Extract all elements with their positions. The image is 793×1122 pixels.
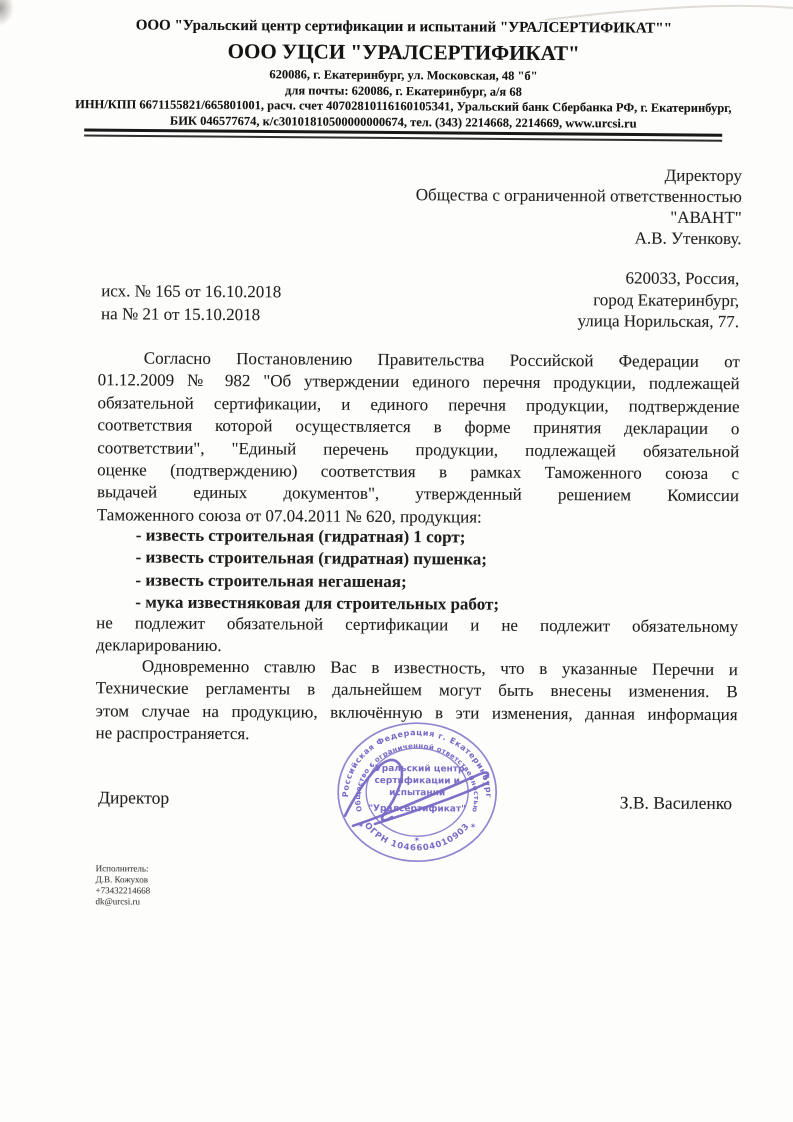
executor-email: dk@urcsi.ru [95,896,150,907]
recipient-street: улица Норильская, 77. [577,310,739,332]
executor-phone: +73432214668 [96,885,151,896]
body-paragraph-1-end: не подлежит обязательной сертификации и … [96,612,738,661]
addressee-block: Директору Общества с ограниченной ответс… [415,163,742,249]
recipient-postcode: 620033, Россия, [578,267,740,289]
stamp-star-bottom: ✶ [413,835,420,844]
outgoing-number: исх. № 165 от 16.10.2018 [101,279,281,303]
recipient-city: город Екатеринбург, [578,289,740,311]
incoming-number: на № 21 от 15.10.2018 [101,302,281,326]
signer-name: З.В. Василенко [620,792,733,814]
reference-block: исх. № 165 от 16.10.2018 на № 21 от 15.1… [101,279,281,326]
stamp-center-line-2: сертификации и [374,776,460,787]
letterhead-org-full: ООО "Уральский центр сертификации и испы… [55,16,753,39]
product-list-item: - известь строительная (гидратная) пушен… [136,547,696,573]
addressee-company-type: Общества с ограниченной ответственностью [416,184,742,207]
executor-label: Исполнитель: [96,863,151,874]
letterhead: ООО "Уральский центр сертификации и испы… [54,16,753,132]
stamp-center-line-1: "Уральский центр [370,764,465,775]
letter-content: ООО "Уральский центр сертификации и испы… [0,0,793,1122]
addressee-title: Директору [416,163,742,186]
product-list: - известь строительная (гидратная) 1 сор… [135,524,696,617]
addressee-person: А.В. Утенкову. [415,226,741,249]
stamp-graphic: Российская Федерация г. Екатеринбург Общ… [331,716,504,869]
stamp-star-right: ✶ [470,822,477,831]
letterhead-org-short: ООО УЦСИ "УРАЛСЕРТИФИКАТ" [55,37,753,67]
addressee-company-name: "АВАНТ" [416,205,742,228]
recipient-address-block: 620033, Россия, город Екатеринбург, улиц… [577,267,739,332]
executor-name: Д.В. Кожухов [96,874,151,885]
body-paragraph-1: Согласно Постановлению Правительства Рос… [97,347,740,530]
executor-block: Исполнитель: Д.В. Кожухов +73432214668 d… [95,863,150,907]
scanned-letter-page: ООО "Уральский центр сертификации и испы… [0,0,793,1122]
company-stamp: Российская Федерация г. Екатеринбург Общ… [331,716,504,869]
signer-position: Директор [98,787,169,808]
